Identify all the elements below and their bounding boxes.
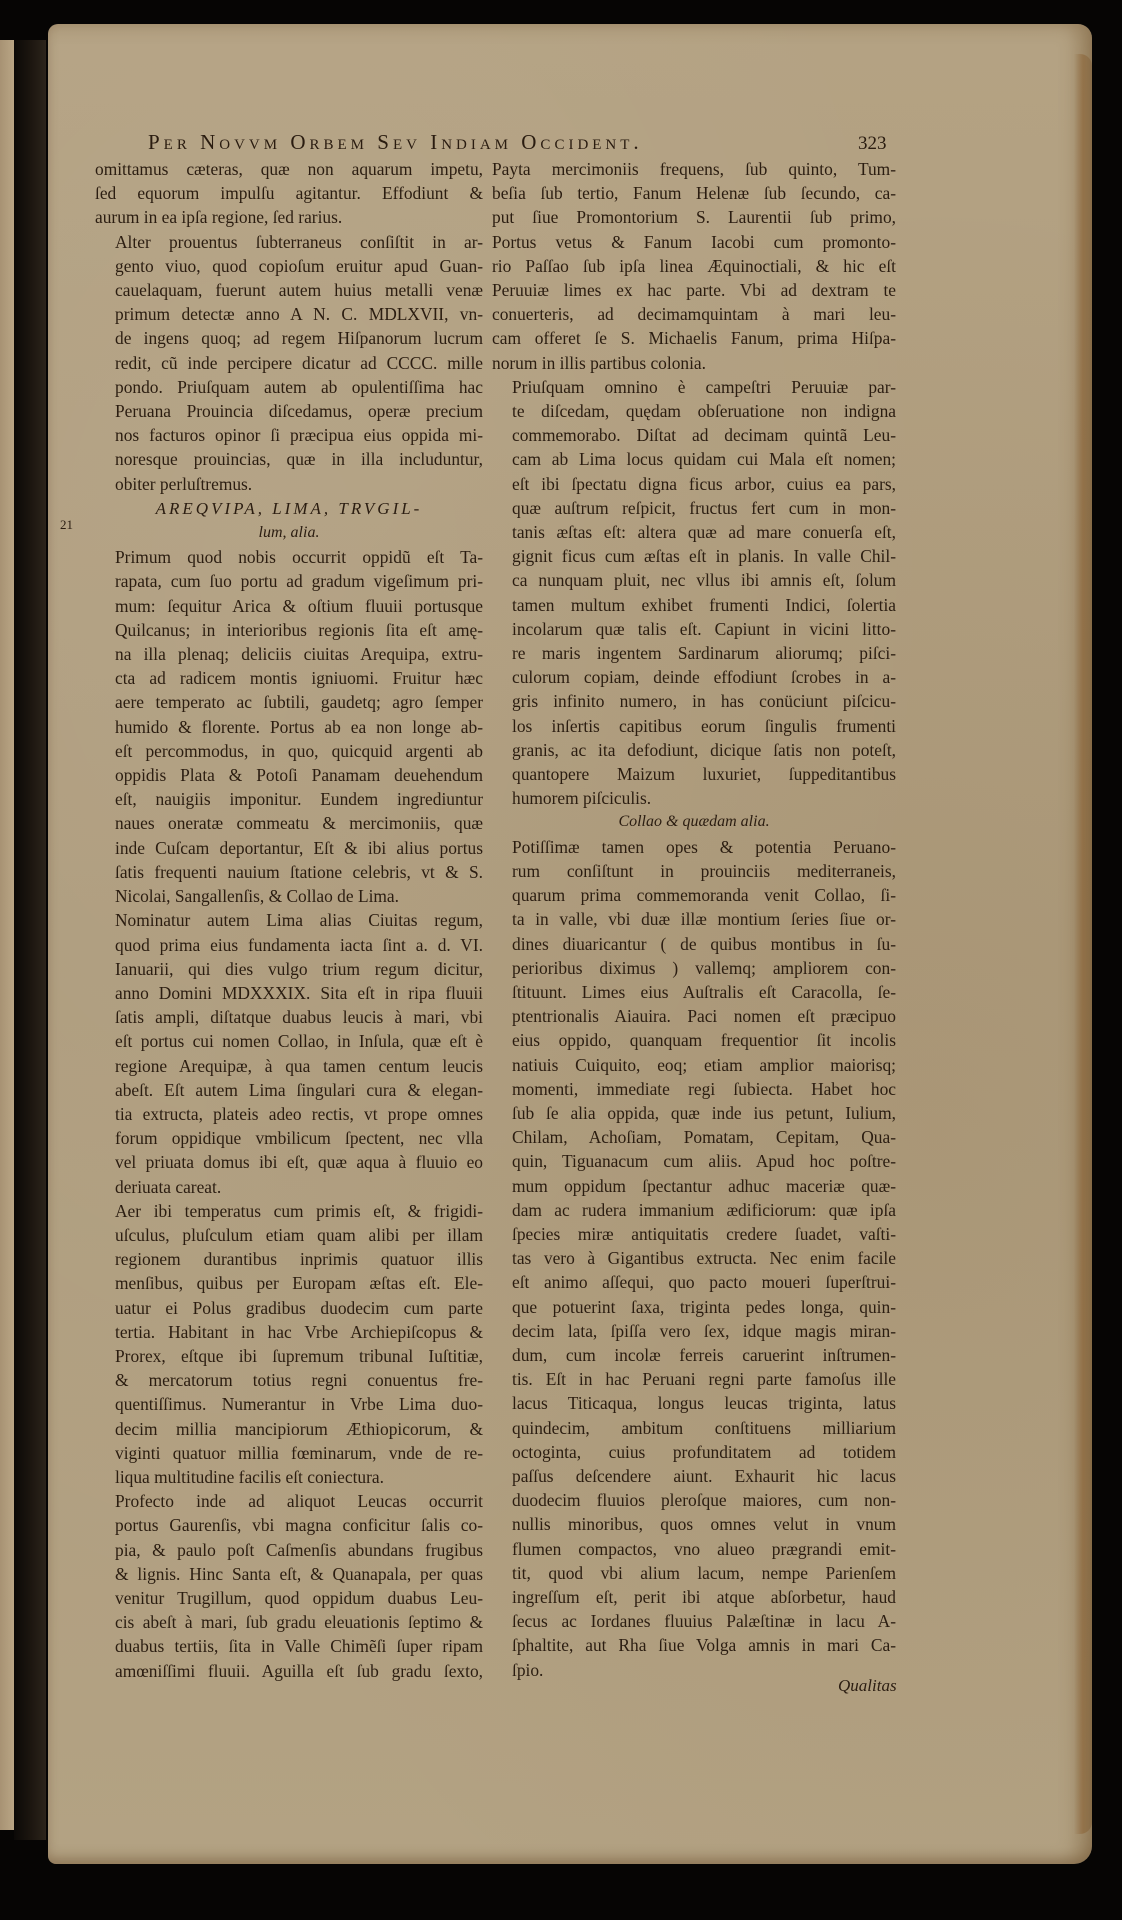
text-line: tis. Eſt in hac Peruani regni parte famo… [492,1367,896,1391]
text-line: que potuerint ſaxa, triginta pedes longa… [492,1295,896,1319]
page-fore-edge [1074,54,1092,1834]
text-line: quin, Tiguanacum cum aliis. Apud hoc poſ… [492,1149,896,1173]
text-line: tertia. Habitant in hac Vrbe Archiepiſco… [95,1320,483,1344]
text-line: Peruana Prouincia diſcedamus, operæ prec… [95,399,483,423]
text-line: cauelaquam, fuerunt autem huius metalli … [95,278,483,302]
text-line: oppidis Plata & Potoſi Panamam deuehendu… [95,763,483,787]
text-line: naues oneratæ commeatu & mercimoniis, qu… [95,811,483,835]
text-line: Priuſquam omnino è campeſtri Peruuiæ par… [492,375,896,399]
text-line: dum, cum incolæ ferreis caruerint inſtru… [492,1343,896,1367]
text-line: commemorabo. Diſtat ad decimam quintã Le… [492,423,896,447]
text-line: quod prima eius fundamenta iacta ſint a.… [95,933,483,957]
text-line: na illa plenaq; deliciis ciuitas Arequip… [95,642,483,666]
text-line: eſt portus cui nomen Collao, in Inſula, … [95,1029,483,1053]
text-line: Aer ibi temperatus cum primis eſt, & fri… [95,1199,483,1223]
text-line: quæ auſtrum reſpicit, fructus fert cum i… [492,496,896,520]
text-line: omittamus cæteras, quæ non aquarum impet… [95,157,483,181]
text-line: dam ac rudera immanium ædificiorum: quæ … [492,1198,896,1222]
text-line: tas vero à Gigantibus extructa. Nec enim… [492,1246,896,1270]
paragraph: Payta mercimoniis frequens, ſub quinto, … [492,157,896,375]
text-line: Nicolai, Sangallenſis, & Collao de Lima. [95,884,483,908]
text-line: tit, quod vbi alium lacum, nempe Parienſ… [492,1561,896,1585]
paragraph: Potiſſimæ tamen opes & potentia Peruano-… [492,835,896,1682]
page-number: 323 [858,133,887,155]
text-line: eſt animo aſſequi, quo pacto moueri ſupe… [492,1270,896,1294]
text-line: octoginta, cuius profunditatem ad totide… [492,1440,896,1464]
text-line: ſpio. [492,1658,896,1682]
book-gutter [14,40,46,1840]
text-line: rio Paſſao ſub ipſa linea Æquinoctiali, … [492,254,896,278]
text-line: pia, & paulo poſt Caſmenſis abundans fru… [95,1538,483,1562]
text-line: humorem piſciculis. [492,786,896,810]
text-line: beſia ſub tertio, Fanum Helenæ ſub ſecun… [492,181,896,205]
text-line: regione Arequipæ, à qua tamen centum leu… [95,1054,483,1078]
text-line: mum oppidum ſpectantur adhuc maceriæ quæ… [492,1174,896,1198]
text-line: & mercatorum totius regni conuentus fre- [95,1368,483,1392]
text-line: quentiſſimus. Numerantur in Vrbe Lima du… [95,1392,483,1416]
text-line: los inſertis capitibus eorum ſingulis fr… [492,714,896,738]
paragraph: Nominatur autem Lima alias Ciuitas regum… [95,908,483,1198]
text-line: viginti quatuor millia fœminarum, vnde d… [95,1441,483,1465]
paragraph: Primum quod nobis occurrit oppidũ eſt Ta… [95,545,483,908]
text-line: put ſiue Promontorium S. Laurentii ſub p… [492,205,896,229]
text-line: ſatis ampli, diſtatque duabus leucis à m… [95,1005,483,1029]
text-line: regionem durantibus inprimis quatuor ill… [95,1247,483,1271]
section-heading-continued: lum, alia. [95,521,483,545]
paragraph: Profecto inde ad aliquot Leucas occurrit… [95,1489,483,1683]
text-line: tanis æſtas eſt: altera quæ ad mare conu… [492,520,896,544]
text-line: te diſcedam, quędam obſeruatione non ind… [492,399,896,423]
text-line: quantopere Maizum luxuriet, ſuppeditanti… [492,762,896,786]
text-line: & lignis. Hinc Santa eſt, & Quanapala, p… [95,1562,483,1586]
text-line: quindecim, ambitum conſtituens milliariu… [492,1416,896,1440]
text-line: redit, cũ inde percipere dicatur ad CCCC… [95,351,483,375]
text-line: noresque prouincias, quæ in illa includu… [95,447,483,471]
text-line: cam offeret ſe S. Michaelis Fanum, prima… [492,326,896,350]
text-line: ſecus ac Iordanes fluuius Palæſtinæ in l… [492,1609,896,1633]
text-line: gignit ficus cum æſtas eſt in planis. In… [492,544,896,568]
text-line: tia extructa, plateis adeo rectis, vt pr… [95,1102,483,1126]
text-line: humido & florente. Portus ab ea non long… [95,715,483,739]
text-line: Ianuarii, qui dies vulgo trium regum dic… [95,957,483,981]
text-line: ca nunquam pluit, nec vllus ibi amnis eſ… [492,568,896,592]
text-line: Nominatur autem Lima alias Ciuitas regum… [95,908,483,932]
text-line: eſt percommodus, in quo, quicquid argent… [95,739,483,763]
text-line: paſſus deſcendere aiunt. Exhaurit hic la… [492,1464,896,1488]
text-line: forum oppidique vmbilicum ſpectent, nec … [95,1126,483,1150]
text-line: re maris ingentem Sardinarum aliorumq; p… [492,641,896,665]
text-line: ſub ſe alia oppida, quæ inde ius petunt,… [492,1101,896,1125]
text-line: incolarum quæ talis eſt. Capiunt in vici… [492,617,896,641]
text-line: nullis minoribus, quos omnes velut in vn… [492,1512,896,1536]
text-line: ſphaltite, aut Rha ſiue Volga amnis in m… [492,1633,896,1657]
text-line: norum in illis partibus colonia. [492,351,896,375]
text-line: Potiſſimæ tamen opes & potentia Peruano- [492,835,896,859]
text-line: venitur Trugillum, quod oppidum duabus L… [95,1586,483,1610]
text-line: nos facturos opinor ſi præcipua eius opp… [95,423,483,447]
text-line: rapata, cum ſuo portu ad gradum vigeſimu… [95,569,483,593]
text-line: duabus tertiis, ſita in Valle Chimẽſi ſu… [95,1634,483,1658]
text-line: eſt ibi ſpectatu digna ficus arbor, cuiu… [492,472,896,496]
text-line: cis abeſt à mari, ſub gradu eleuationis … [95,1610,483,1634]
text-line: gris infinito numero, in has conüciunt p… [492,689,896,713]
text-line: momenti, immediate regi ſubiecta. Habet … [492,1077,896,1101]
text-line: ſpecies miræ antiquitatis credere ſuadet… [492,1222,896,1246]
paragraph: Aer ibi temperatus cum primis eſt, & fri… [95,1199,483,1489]
text-line: ptentrionalis Aiauira. Paci nomen eſt pr… [492,1004,896,1028]
text-line: vel priuata domus ibi eſt, quæ aqua à fl… [95,1150,483,1174]
section-heading: Collao & quædam alia. [492,810,896,834]
text-line: mum: ſequitur Arica & oſtium fluuii port… [95,594,483,618]
left-column: omittamus cæteras, quæ non aquarum impet… [95,157,483,1683]
text-line: aurum in ea ipſa regione, ſed rarius. [95,205,483,229]
text-line: uatur ei Polus gradibus duodecim cum par… [95,1296,483,1320]
text-line: ſtituunt. Limes eius Auſtralis eſt Carac… [492,980,896,1004]
text-line: abeſt. Eſt autem Lima ſingulari cura & e… [95,1078,483,1102]
paragraph: Alter prouentus ſubterraneus conſiſtit i… [95,230,483,496]
text-line: lacus Titicaqua, longus leucas triginta,… [492,1391,896,1415]
text-line: duodecim fluuios pleroſque maiores, cum … [492,1488,896,1512]
text-line: pondo. Priuſquam autem ab opulentiſſima … [95,375,483,399]
text-line: Profecto inde ad aliquot Leucas occurrit [95,1489,483,1513]
text-line: ingreſſum eſt, perit ibi atque abſorbetu… [492,1585,896,1609]
text-line: decim lata, ſpiſſa vero ſex, idque magis… [492,1319,896,1343]
text-line: Primum quod nobis occurrit oppidũ eſt Ta… [95,545,483,569]
text-line: tamen multum exhibet frumenti Indici, ſo… [492,593,896,617]
text-line: amœniſſimi fluuii. Aguilla eſt ſub gradu… [95,1659,483,1683]
text-line: uſculus, pluſculum etiam quam alibi per … [95,1223,483,1247]
text-line: deriuata careat. [95,1175,483,1199]
text-line: decim millia mancipiorum Æthiopicorum, & [95,1417,483,1441]
text-line: eius oppido, quanquam frequentior ſit in… [492,1028,896,1052]
text-line: obiter perluſtremus. [95,472,483,496]
text-line: ta in valle, vbi duæ illæ montium ſeries… [492,907,896,931]
text-line: cta ad radicem montis igniuomi. Fruitur … [95,666,483,690]
text-line: rum conſiſtunt in prouinciis mediterrane… [492,859,896,883]
running-head: Per Novvm Orbem Sev Indiam Occident. [148,130,908,155]
text-line: granis, ac ita defodiunt, dicique ſatis … [492,738,896,762]
text-line: anno Domini MDXXXIX. Sita eſt in ripa fl… [95,981,483,1005]
text-line: Payta mercimoniis frequens, ſub quinto, … [492,157,896,181]
text-line: Quilcanus; in interioribus regionis ſita… [95,618,483,642]
text-line: inde Cuſcam deportantur, Eſt & ibi alius… [95,836,483,860]
text-line: Peruuiæ limes ex hac parte. Vbi ad dextr… [492,278,896,302]
previous-page-edge [0,40,14,1830]
text-line: Alter prouentus ſubterraneus conſiſtit i… [95,230,483,254]
text-line: perioribus diximus ) vallemq; ampliorem … [492,956,896,980]
text-line: liqua multitudine facilis eſt coniectura… [95,1465,483,1489]
margin-note: 21 [60,517,73,533]
section-heading: AREQVIPA, LIMA, TRVGIL- [95,497,483,521]
text-line: portus Gaurenſis, vbi magna conficitur ſ… [95,1513,483,1537]
text-line: cam ab Lima locus quidam cui Mala eſt no… [492,447,896,471]
right-column: Payta mercimoniis frequens, ſub quinto, … [492,157,896,1682]
catchword: Qualitas [838,1676,897,1696]
text-line: menſibus, quibus per Europam æſtas eſt. … [95,1271,483,1295]
text-line: conuerteris, ad decimamquintam à mari le… [492,302,896,326]
text-line: aere temperato ac ſubtili, gaudetq; agro… [95,690,483,714]
text-line: eſt, nauigiis imponitur. Eundem ingrediu… [95,787,483,811]
paragraph: omittamus cæteras, quæ non aquarum impet… [95,157,483,230]
text-line: ſatis frequenti nauium ſtatione celebris… [95,860,483,884]
text-line: gento viuo, quod copioſum eruitur apud G… [95,254,483,278]
text-line: Chilam, Achoſiam, Pomatam, Cepitam, Qua- [492,1125,896,1149]
paragraph: Priuſquam omnino è campeſtri Peruuiæ par… [492,375,896,811]
text-line: culorum copiam, deinde effodiunt ſcrobes… [492,665,896,689]
text-line: quarum prima commemoranda venit Collao, … [492,883,896,907]
text-line: Portus vetus & Fanum Iacobi cum promonto… [492,230,896,254]
text-line: de ingens quoq; ad regem Hiſpanorum lucr… [95,326,483,350]
text-line: Prorex, eſtque ibi ſupremum tribunal Iuſ… [95,1344,483,1368]
text-line: primum detectæ anno A N. C. MDLXVII, vn- [95,302,483,326]
text-line: dines diuaricantur ( de quibus montibus … [492,932,896,956]
text-line: ſed equorum impulſu agitantur. Effodiunt… [95,181,483,205]
text-line: natiuis Cuiquito, eoq; etiam amplior mai… [492,1053,896,1077]
text-line: flumen compactos, vno alueo prægrandi em… [492,1537,896,1561]
